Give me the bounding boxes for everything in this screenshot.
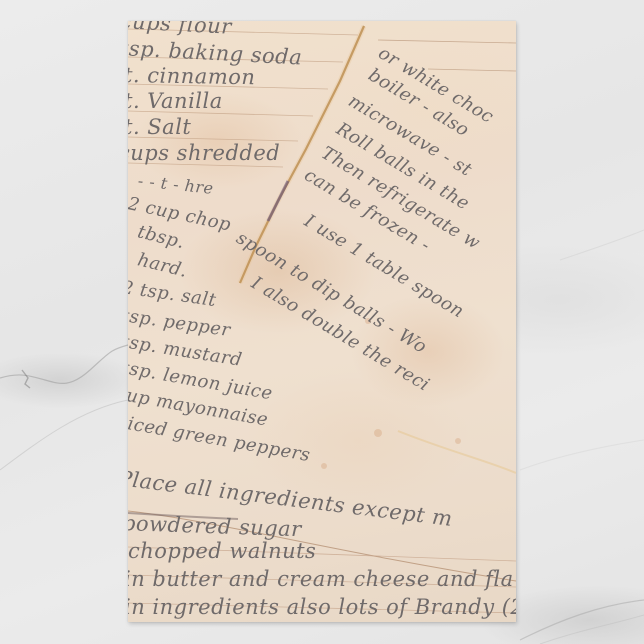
handwriting-line: t. cinnamon xyxy=(128,63,256,89)
handwriting-line: in butter and cream cheese and fla xyxy=(128,567,514,591)
handwriting-line: cups shredded xyxy=(128,141,280,165)
handwriting-line: in ingredients also lots of Brandy (2 xyxy=(128,595,516,619)
handwriting-line: t. Salt xyxy=(128,115,191,139)
handwriting-line: t. Vanilla xyxy=(128,89,223,113)
handwriting-line: chopped walnuts xyxy=(128,539,316,563)
recipe-stationery-paper: cups flour tsp. baking soda t. cinnamon … xyxy=(128,21,516,622)
